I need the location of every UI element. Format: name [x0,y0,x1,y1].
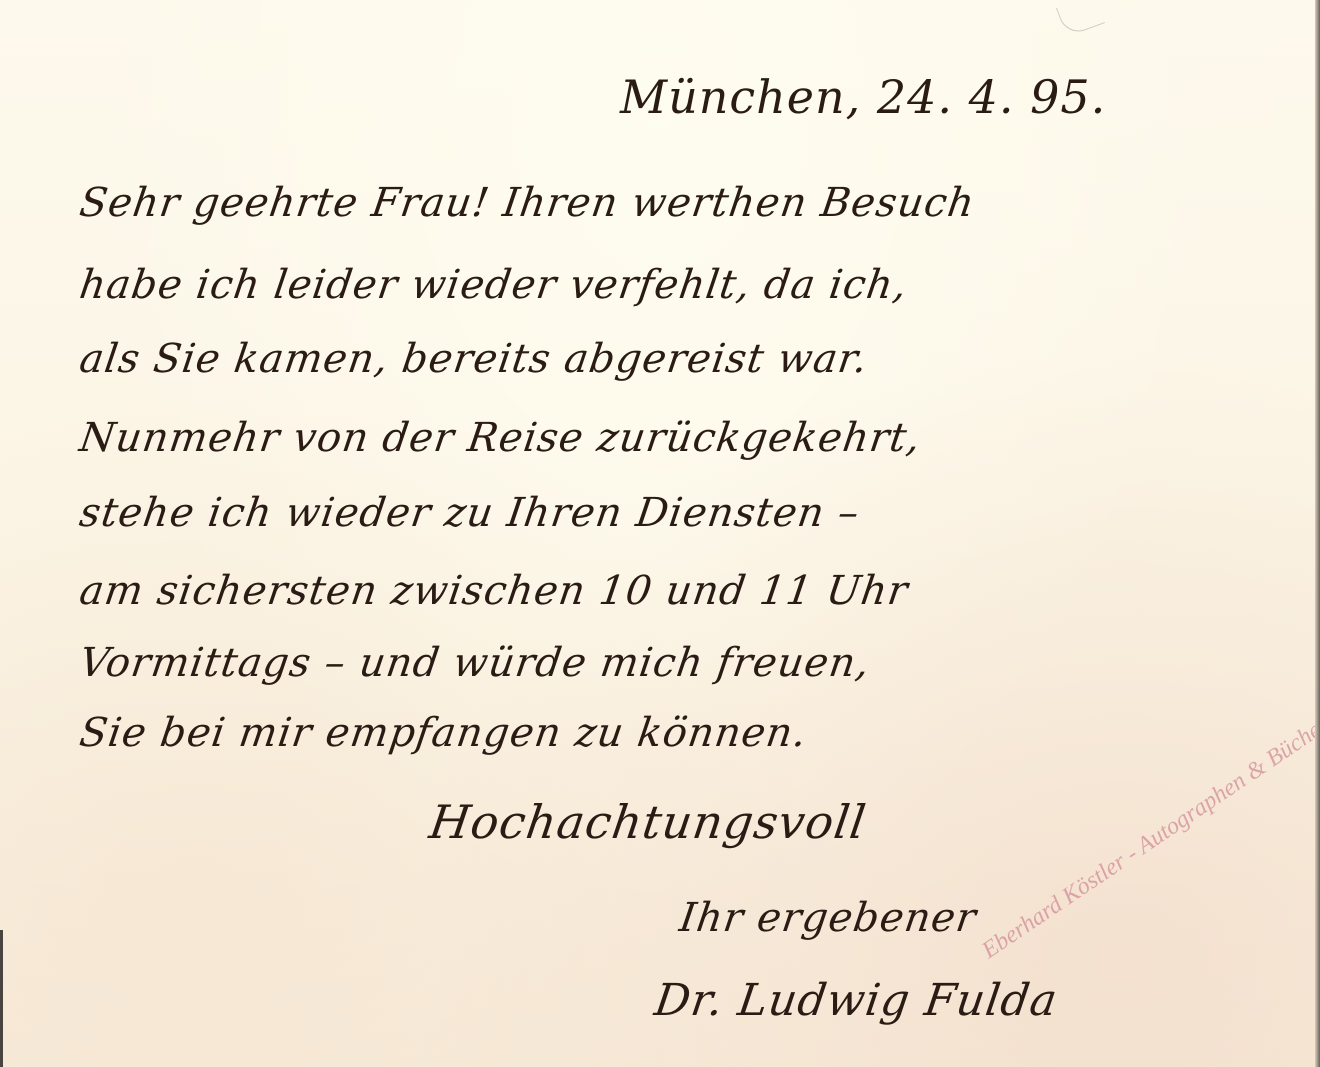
letter-line-2: habe ich leider wieder verfehlt, da ich, [77,262,911,308]
closing-complimentary: Ihr ergebener [677,895,980,941]
letter-line-6: am sichersten zwischen 10 und 11 Uhr [77,568,912,614]
dealer-watermark: Eberhard Köstler - Autographen & Bücher [977,712,1320,965]
letter-line-4: Nunmehr von der Reise zurückgekehrt, [77,415,924,461]
letter-line-8: Sie bei mir empfangen zu können. [77,710,810,756]
letter-line-7: Vormittags – und würde mich freuen, [77,640,873,686]
letter-line-3: als Sie kamen, bereits abgereist war. [77,336,871,382]
letter-line-5: stehe ich wieder zu Ihren Diensten – [77,490,863,536]
signature: Dr. Ludwig Fulda [651,975,1061,1026]
paper-edge-left [0,930,3,1067]
letter-line-1: Sehr geehrte Frau! Ihren werthen Besuch [77,180,978,226]
pencil-annotation [1056,0,1105,37]
place-date-line: München, 24. 4. 95. [620,70,1106,124]
closing-salutation: Hochachtungsvoll [426,795,870,849]
letter-paper: München, 24. 4. 95. Sehr geehrte Frau! I… [0,0,1320,1067]
paper-edge-right [1315,0,1320,1067]
